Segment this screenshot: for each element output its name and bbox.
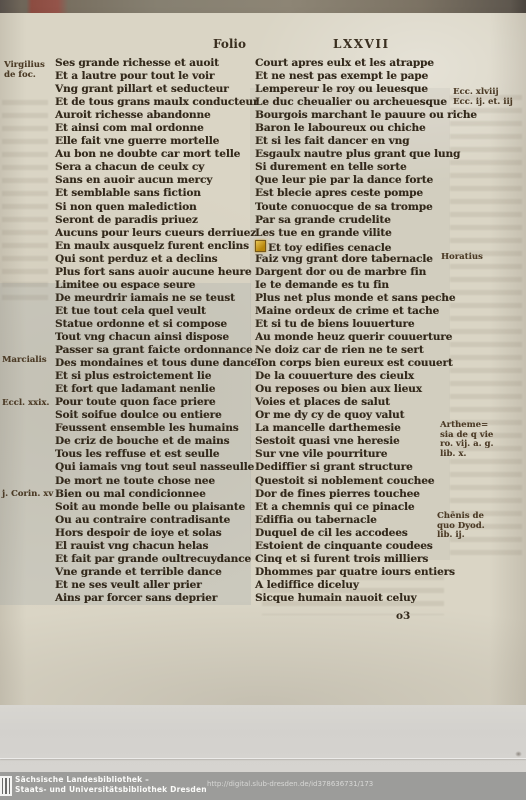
logo-bar — [2, 778, 3, 794]
verse-line: Lempereur le roy ou leuesque — [255, 83, 453, 96]
margin-note: Eccl. xxix. — [2, 399, 49, 409]
quire-signature: o3 — [396, 610, 410, 622]
verse-line: Auroit richesse abandonne — [55, 109, 253, 122]
verse-line: Et a lautre pour tout le voir — [55, 70, 253, 83]
verse-line: Or me dy cy de quoy valut — [255, 409, 453, 422]
verse-line: Dhommes par quatre iours entiers — [255, 566, 453, 579]
verse-line: Sicque humain nauoit celuy — [255, 592, 453, 605]
verse-line: Est blecie apres ceste pompe — [255, 187, 453, 200]
text-column-right: Court apres eulx et les atrappeEt ne nes… — [255, 57, 453, 605]
logo-bar — [9, 778, 10, 794]
verse-line: Et de tous grans maulx conducteur — [55, 96, 253, 109]
verse-line: Estoient de cinquante coudees — [255, 540, 453, 553]
verse-line: Toute conuocque de sa trompe — [255, 201, 453, 214]
margin-note: Artheme=sia de q viero. vij. a. g.lib. x… — [440, 421, 493, 459]
margin-note: j. Corin. xv — [2, 490, 53, 500]
verse-line: Soit soifue doulce ou entiere — [55, 409, 253, 422]
verse-line: A lediffice diceluy — [255, 579, 453, 592]
verse-line: Vne grande et terrible dance — [55, 566, 253, 579]
verse-line: Si non quen malediction — [55, 201, 253, 214]
margin-note-line: Ecc. ij. et. iij — [453, 98, 513, 108]
verse-line: Hors despoir de ioye et solas — [55, 527, 253, 540]
verse-line: Sera a chacun de ceulx cy — [55, 161, 253, 174]
verse-line: Tout vng chacun ainsi dispose — [55, 331, 253, 344]
verse-line: Vng grant pillart et seducteur — [55, 83, 253, 96]
verse-line: De meurdrir iamais ne se teust — [55, 292, 253, 305]
verse-line: Questoit si noblement couchee — [255, 475, 453, 488]
margin-note-line: Marcialis — [2, 356, 47, 366]
verse-line: Sestoit quasi vne heresie — [255, 435, 453, 448]
verse-line: Duquel de cil les accodees — [255, 527, 453, 540]
bleedthrough-text-right — [450, 95, 522, 555]
verse-line: Seront de paradis priuez — [55, 214, 253, 227]
verse-line: Et ne ses veult aller prier — [55, 579, 253, 592]
margin-note-line: lib. x. — [440, 450, 493, 460]
verse-line: Les tue en grande vilite — [255, 227, 453, 240]
verse-line: Que leur pie par la dance forte — [255, 174, 453, 187]
margin-note: Marcialis — [2, 356, 47, 366]
margin-note: Horatius — [441, 253, 483, 263]
verse-line: Au monde heuz querir couuerture — [255, 331, 453, 344]
page-bottom-edge — [0, 758, 526, 759]
verse-line: Elle fait vne guerre mortelle — [55, 135, 253, 148]
verse-line: Au bon ne doubte car mort telle — [55, 148, 253, 161]
verse-line: Limitee ou espace seure — [55, 279, 253, 292]
verse-line: Le duc cheualier ou archeuesque — [255, 96, 453, 109]
verse-line: Par sa grande crudelite — [255, 214, 453, 227]
margin-note: Chēnis dequo Dyod.lib. ij. — [437, 512, 485, 541]
verse-line: Sans en auoir aucun mercy — [55, 174, 253, 187]
verse-line: Dargent dor ou de marbre fin — [255, 266, 453, 279]
verse-line: Dediffier si grant structure — [255, 461, 453, 474]
folio-label: Folio — [213, 37, 246, 51]
manuscript-scan-view: Folio LXXVII Ses grande richesse et auoi… — [0, 0, 526, 800]
verse-line: Passer sa grant faicte ordonnance — [55, 344, 253, 357]
verse-line: De criz de bouche et de mains — [55, 435, 253, 448]
verse-line: Et si tu de biens louuerture — [255, 318, 453, 331]
margin-note-line: Horatius — [441, 253, 483, 263]
verse-line: Et si plus estroictement lie — [55, 370, 253, 383]
verse-line: De la couuerture des cieulx — [255, 370, 453, 383]
verse-line: Pour toute quon face priere — [55, 396, 253, 409]
folio-number: LXXVII — [333, 37, 390, 51]
text-column-left: Ses grande richesse et auoitEt a lautre … — [55, 57, 253, 605]
verse-line: Et si les fait dancer en vng — [255, 135, 453, 148]
verse-line: Et toy edifies cenacle — [255, 240, 453, 253]
verse-line: Plus net plus monde et sans peche — [255, 292, 453, 305]
verse-line: La mancelle darthemesie — [255, 422, 453, 435]
logo-bar — [5, 778, 6, 794]
verse-line: Statue ordonne et si compose — [55, 318, 253, 331]
verse-line: Ou au contraire contradisante — [55, 514, 253, 527]
library-name: Sächsische Landesbibliothek – Staats- un… — [15, 775, 207, 795]
verse-line: Sur vne vile pourriture — [255, 448, 453, 461]
margin-note-line: de foc. — [4, 71, 45, 81]
margin-note-line: lib. ij. — [437, 531, 485, 541]
page-corner-mark — [515, 751, 522, 757]
library-name-line2: Staats- und Universitätsbibliothek Dresd… — [15, 785, 207, 795]
verse-line: Des mondaines et tous dune dance — [55, 357, 253, 370]
verse-line: Et fort que ladamant nenlie — [55, 383, 253, 396]
verse-line: De mort ne toute chose nee — [55, 475, 253, 488]
library-name-line1: Sächsische Landesbibliothek – — [15, 775, 207, 785]
margin-note: Ecc. xlviijEcc. ij. et. iij — [453, 88, 513, 107]
verse-line: El rauist vng chacun helas — [55, 540, 253, 553]
verse-line: Qui sont perduz et a declins — [55, 253, 253, 266]
verse-line: Voies et places de salut — [255, 396, 453, 409]
verse-line: Si durement en telle sorte — [255, 161, 453, 174]
illuminated-initial — [255, 240, 266, 252]
verse-line: Court apres eulx et les atrappe — [255, 57, 453, 70]
verse-line: Maine ordeux de crime et tache — [255, 305, 453, 318]
bleedthrough-text-left — [2, 100, 48, 300]
margin-note-line: Eccl. xxix. — [2, 399, 49, 409]
verse-line: Cinq et si furent trois milliers — [255, 553, 453, 566]
verse-line: Et ne nest pas exempt le pape — [255, 70, 453, 83]
verse-line: Et fait par grande oultrecuydance — [55, 553, 253, 566]
margin-note: Virgiliusde foc. — [4, 61, 45, 80]
verse-line: Et semblable sans fiction — [55, 187, 253, 200]
verse-line: Dor de fines pierres touchee — [255, 488, 453, 501]
slub-logo-icon — [0, 776, 12, 796]
verse-line: Aucuns pour leurs cueurs derriuez — [55, 227, 253, 240]
verse-line: Et ainsi com mal ordonne — [55, 122, 253, 135]
scanner-background — [0, 705, 526, 772]
verse-line: Ains par forcer sans deprier — [55, 592, 253, 605]
book-top-edge — [0, 0, 526, 13]
verse-line: Esgaulx nautre plus grant que lung — [255, 148, 453, 161]
library-stamp-bar: Sächsische Landesbibliothek – Staats- un… — [0, 772, 526, 800]
verse-line: En maulx ausquelz furent enclins — [55, 240, 253, 253]
verse-line: Ediffia ou tabernacle — [255, 514, 453, 527]
verse-line: Tous les reffuse et est seulle — [55, 448, 253, 461]
verse-line: Qui iamais vng tout seul nasseulle — [55, 461, 253, 474]
verse-line: Bourgois marchant le pauure ou riche — [255, 109, 453, 122]
verse-line: Ou reposes ou bien aux lieux — [255, 383, 453, 396]
verse-line: Ton corps bien eureux est couuert — [255, 357, 453, 370]
margin-note-line: j. Corin. xv — [2, 490, 53, 500]
verse-line: Ses grande richesse et auoit — [55, 57, 253, 70]
verse-line: Bien ou mal condicionnee — [55, 488, 253, 501]
verse-line: Faiz vng grant dore tabernacle — [255, 253, 453, 266]
verse-line: Et tue tout cela quel veult — [55, 305, 253, 318]
verse-line: Ie te demande es tu fin — [255, 279, 453, 292]
verse-line: Plus fort sans auoir aucune heure — [55, 266, 253, 279]
digital-object-url: http://digital.slub-dresden.de/id3786367… — [207, 780, 373, 788]
verse-line: Feussent ensemble les humains — [55, 422, 253, 435]
verse-line: Soit au monde belle ou plaisante — [55, 501, 253, 514]
verse-line: Ne doiz car de rien ne te sert — [255, 344, 453, 357]
verse-line: Baron le laboureux ou chiche — [255, 122, 453, 135]
verse-line: Et a chemnis qui ce pinacle — [255, 501, 453, 514]
